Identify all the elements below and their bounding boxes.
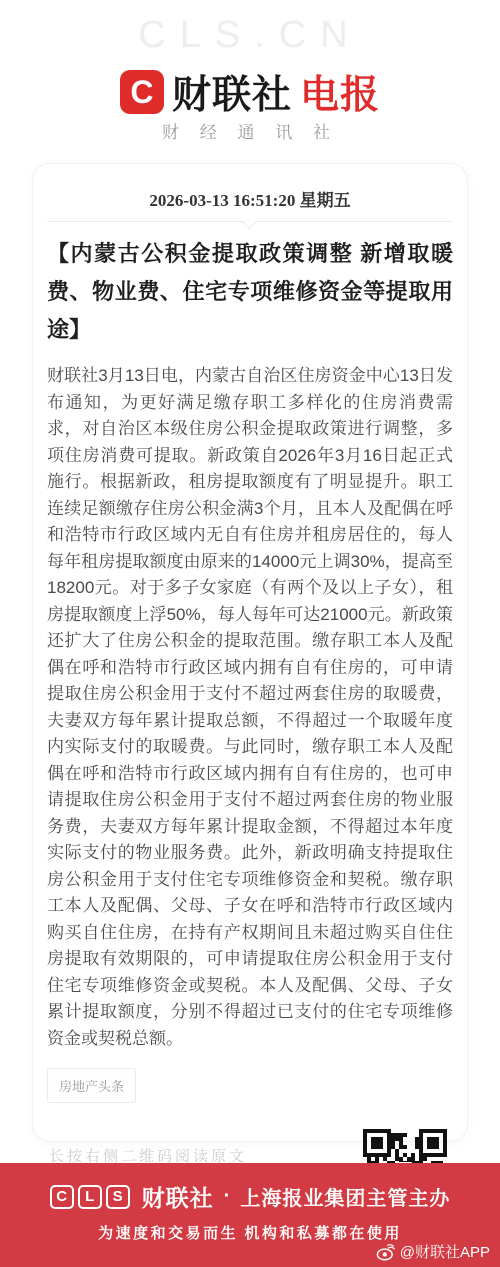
article-datetime: 2026-03-13 16:51:20 星期五	[47, 186, 453, 211]
share-card-page: CLS.CN C 财联社 电报 财 经 通 讯 社 2026-03-13 16:…	[0, 0, 500, 1267]
article-body: 财联社3月13日电，内蒙古自治区住房资金中心13日发布通知，为更好满足缴存职工多…	[47, 363, 453, 1052]
weibo-handle: @财联社APP	[400, 1241, 490, 1262]
footer-separator-dot: ·	[224, 1185, 231, 1208]
cls-logo-icon: C	[120, 70, 164, 114]
footer-masthead: C L S 财联社 · 上海报业集团主管主办	[0, 1180, 500, 1213]
brand-name: 财联社	[172, 64, 292, 120]
weibo-icon	[376, 1243, 396, 1261]
brand-logo: C 财联社 电报	[0, 64, 500, 120]
article-tag-chip[interactable]: 房地产头条	[47, 1068, 136, 1103]
footer-organizer: 上海报业集团主管主办	[240, 1182, 450, 1211]
brand-subtitle: 财 经 通 讯 社	[0, 118, 500, 143]
weibo-credit[interactable]: @财联社APP	[376, 1241, 490, 1262]
cls-letter-l: L	[78, 1185, 102, 1209]
article-card: 2026-03-13 16:51:20 星期五 【内蒙古公积金提取政策调整 新增…	[32, 163, 468, 1142]
cls-watermark: CLS.CN	[0, 14, 500, 57]
footer-bar: C L S 财联社 · 上海报业集团主管主办 为速度和交易而生 机构和私募都在使…	[0, 1163, 500, 1267]
brand-suffix: 电报	[300, 64, 380, 120]
cls-letter-c: C	[50, 1185, 74, 1209]
divider-chevron-notch	[242, 214, 258, 230]
date-divider	[47, 221, 453, 229]
footer-slogan: 为速度和交易而生 机构和私募都在使用	[0, 1222, 500, 1243]
footer-brand-name: 财联社	[142, 1180, 214, 1213]
cls-letterboxes: C L S	[50, 1185, 130, 1209]
article-title: 【内蒙古公积金提取政策调整 新增取暖费、物业费、住宅专项维修资金等提取用途】	[47, 235, 453, 349]
cls-letter-s: S	[106, 1185, 130, 1209]
